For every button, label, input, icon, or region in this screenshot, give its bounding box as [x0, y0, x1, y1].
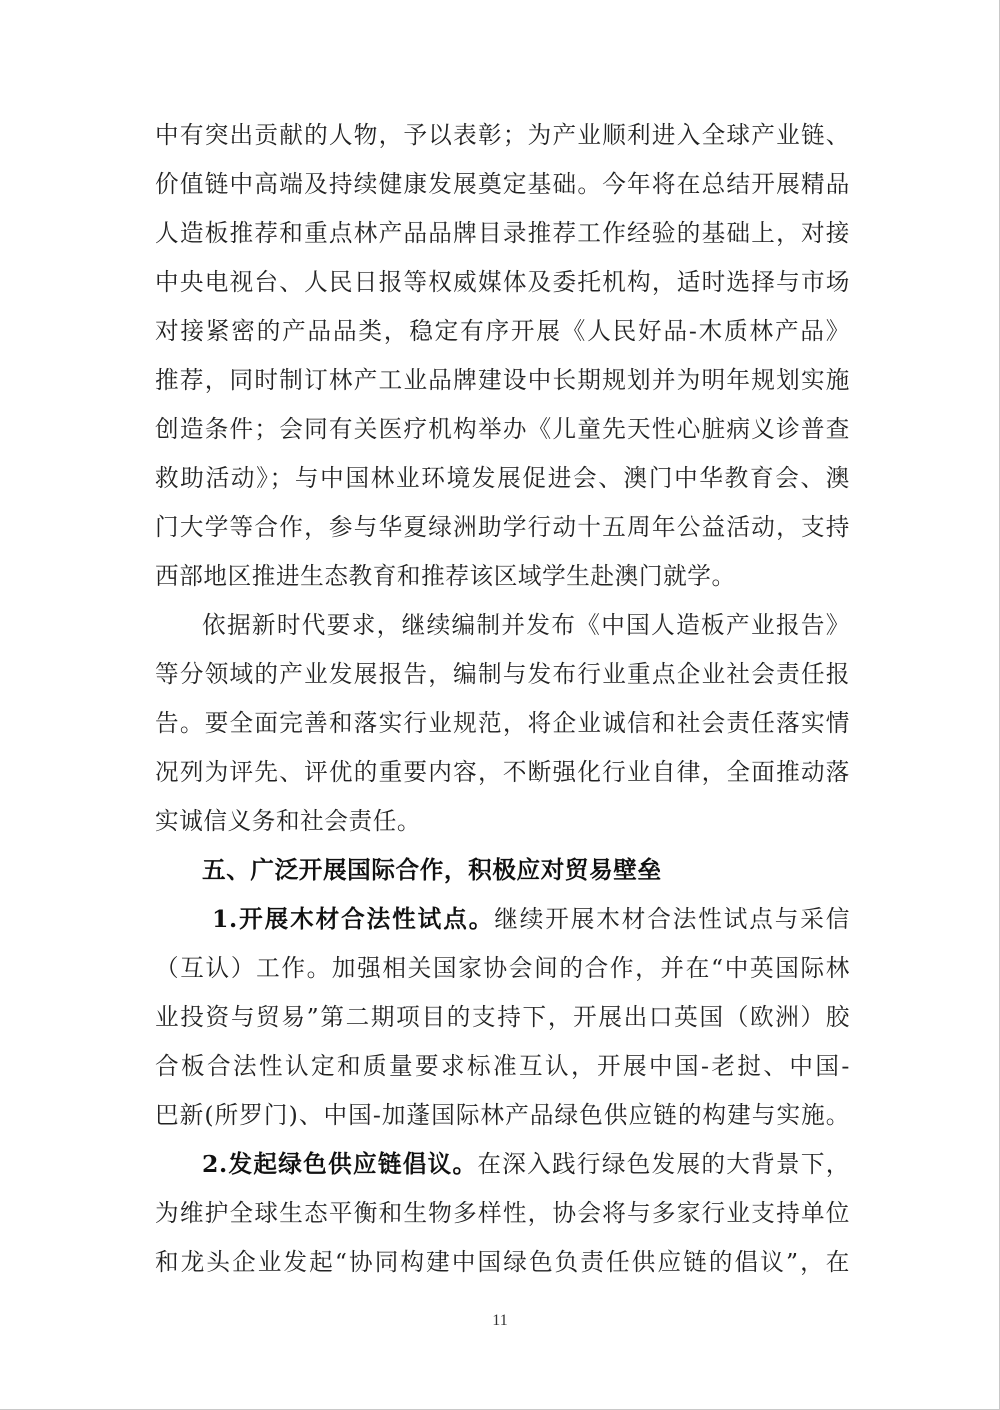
item-first-line: 2.发起绿色供应链倡议。在深入践行绿色发展的大背景下，: [202, 1149, 850, 1179]
document-page: 中有突出贡献的人物，予以表彰；为产业顺利进入全球产业链、 价值链中高端及持续健康…: [0, 0, 1000, 1410]
item-title: 2.发起绿色供应链倡议。: [202, 1150, 477, 1178]
body-text-line: 依据新时代要求，继续编制并发布《中国人造板产业报告》: [202, 610, 850, 640]
body-text-line: 救助活动》；与中国林业环境发展促进会、澳门中华教育会、澳: [155, 463, 850, 493]
body-text-line: 告。要全面完善和落实行业规范，将企业诚信和社会责任落实情: [155, 708, 850, 738]
body-text-line: 西部地区推进生态教育和推荐该区域学生赴澳门就学。: [155, 561, 850, 591]
body-text-line: 中有突出贡献的人物，予以表彰；为产业顺利进入全球产业链、: [155, 120, 850, 150]
body-text-line: 中央电视台、人民日报等权威媒体及委托机构，适时选择与市场: [155, 267, 850, 297]
body-text-line: 业投资与贸易”第二期项目的支持下，开展出口英国（欧洲）胶: [155, 1002, 850, 1032]
body-text-line: 巴新(所罗门)、中国-加蓬国际林产品绿色供应链的构建与实施。: [155, 1100, 850, 1130]
body-text-line: 门大学等合作，参与华夏绿洲助学行动十五周年公益活动，支持: [155, 512, 850, 542]
item-title: 1.开展木材合法性试点。: [212, 905, 494, 933]
body-text-line: 创造条件；会同有关医疗机构举办《儿童先天性心脏病义诊普查: [155, 414, 850, 444]
body-text-line: 对接紧密的产品品类，稳定有序开展《人民好品-木质林产品》: [155, 316, 850, 346]
body-text-line: 为维护全球生态平衡和生物多样性，协会将与多家行业支持单位: [155, 1198, 850, 1228]
body-text-line: 况列为评先、评优的重要内容，不断强化行业自律，全面推动落: [155, 757, 850, 787]
page-number: 11: [0, 1312, 1000, 1330]
body-text-line: （互认）工作。加强相关国家协会间的合作，并在“中英国际林: [155, 953, 850, 983]
body-text-line: 价值链中高端及持续健康发展奠定基础。今年将在总结开展精品: [155, 169, 850, 199]
body-text-line: 和龙头企业发起“协同构建中国绿色负责任供应链的倡议”，在: [155, 1247, 850, 1277]
body-text-line: 人造板推荐和重点林产品品牌目录推荐工作经验的基础上，对接: [155, 218, 850, 248]
item-first-line: 1.开展木材合法性试点。继续开展木材合法性试点与采信: [212, 904, 850, 934]
item-text: 在深入践行绿色发展的大背景下，: [477, 1150, 850, 1178]
item-text: 继续开展木材合法性试点与采信: [494, 905, 850, 933]
section-heading: 五、广泛开展国际合作，积极应对贸易壁垒: [202, 855, 850, 885]
body-text-line: 实诚信义务和社会责任。: [155, 806, 850, 836]
body-text-line: 推荐，同时制订林产工业品牌建设中长期规划并为明年规划实施: [155, 365, 850, 395]
body-text-line: 合板合法性认定和质量要求标准互认，开展中国-老挝、中国-: [155, 1051, 850, 1081]
body-text-line: 等分领域的产业发展报告，编制与发布行业重点企业社会责任报: [155, 659, 850, 689]
